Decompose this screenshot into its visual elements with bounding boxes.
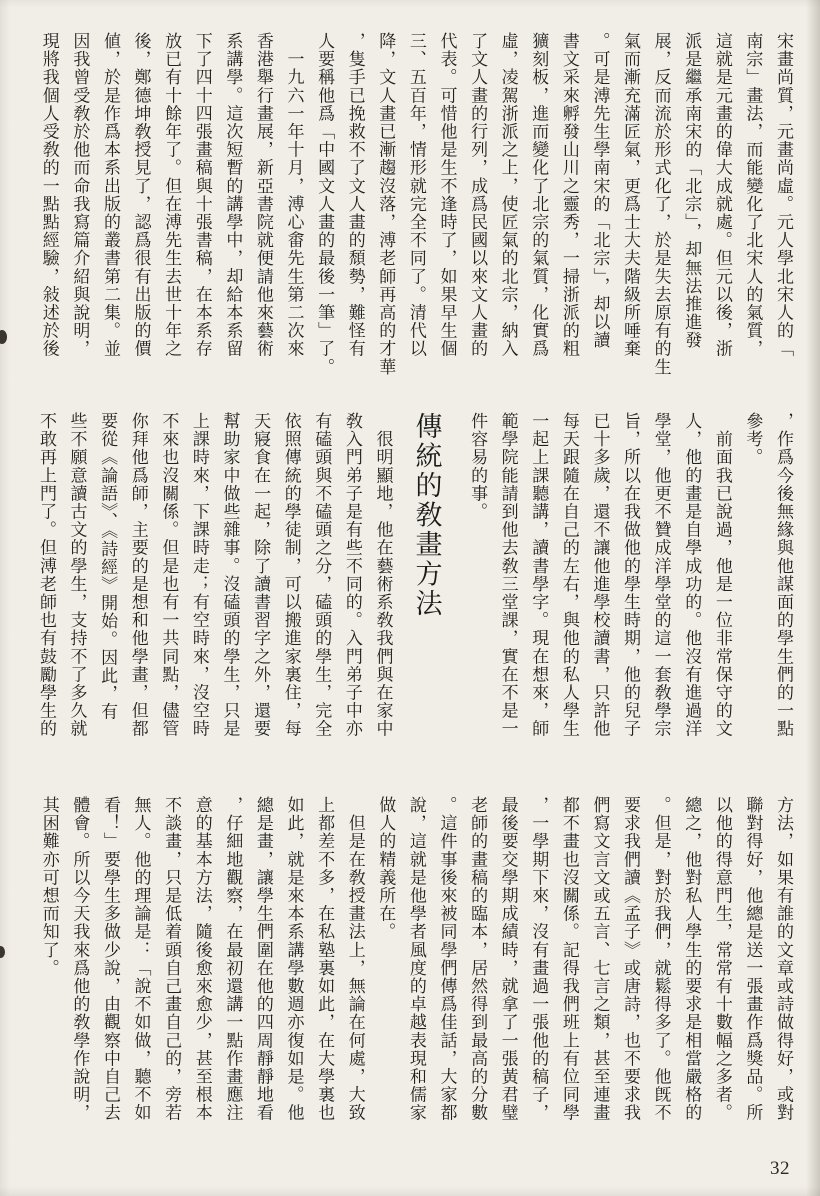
text-column: 幫助家中做些雜事。沒磕頭的學生，只是 (214, 412, 245, 762)
text-column: 因我曾受敎於他而命我寫篇介紹與說明， (64, 32, 95, 382)
scan-speck (0, 946, 5, 958)
text-column: 有磕頭與不磕頭之分，磕頭的學生，完全 (306, 412, 337, 762)
text-column: 不來也沒關係。但是也有一共同點，儘管 (153, 412, 184, 762)
text-column: 範學院能請到他去敎三堂課，實在不是一 (492, 412, 523, 762)
text-column: 天寢食在一起，除了讀書習字之外，還要 (245, 412, 276, 762)
text-column: 學堂，他更不贊成洋學堂的這一套敎學宗 (645, 412, 676, 762)
text-column: 了文人畫的行列，成爲民國以來文人畫的 (461, 32, 492, 382)
text-column: 依照傳統的學徒制，可以搬進家裏住，每 (275, 412, 306, 762)
text-column: 書文采來孵發山川之靈秀，一掃浙派的粗 (553, 32, 584, 382)
text-column: 總之，他對私人學生的要求是相當嚴格的 (676, 796, 707, 1146)
text-column: 前面我已說過，他是一位非常保守的文 (706, 412, 737, 762)
text-column: 後，鄭德坤敎授見了，認爲很有出版的價 (125, 32, 156, 382)
text-column: 但是在敎授畫法上，無論在何處，大致 (339, 796, 370, 1146)
text-column: 聯對得好，他總是送一張畫作爲獎品。所 (737, 796, 768, 1146)
text-column: 値，於是作爲本系出版的叢書第二集。並 (94, 32, 125, 382)
text-column: 很明顯地，他在藝術系敎我們與在家中 (367, 412, 398, 762)
text-column: 說，這就是他學者風度的卓越表現和儒家 (400, 796, 431, 1146)
top-text-block: 宋畫尚質，元畫尚虛。元人學北宋人的「南宗」畫法，而能變化了北宋人的氣質，這就是元… (33, 32, 798, 382)
text-column: 上都差不多，在私塾裏如此，在大學裏也 (309, 796, 340, 1146)
text-column: 做人的精義所在。 (370, 796, 401, 1146)
text-column: ，仔細地觀察，在最初還講一點作畫應注 (217, 796, 248, 1146)
text-column: 派是繼承南宋的「北宗」，却無法推進發 (676, 32, 707, 382)
text-column: 降，文人畫已漸趨沒落，溥老師再高的才華 (370, 32, 401, 382)
text-column: 最後要交學期成績時，就拿了一張黃君璧 (492, 796, 523, 1146)
text-column: 無人。他的理論是：「說不如做，聽不如 (125, 796, 156, 1146)
document-page: 宋畫尚質，元畫尚虛。元人學北宋人的「南宗」畫法，而能變化了北宋人的氣質，這就是元… (0, 0, 820, 1196)
text-column: 方法，如果有誰的文章或詩做得好，或對 (767, 796, 798, 1146)
text-column: 三、五百年，情形就完全不同了。清代以 (400, 32, 431, 382)
text-column: 上課時來，下課時走；有空時來，沒空時 (183, 412, 214, 762)
text-column: 一起上課聽講，讀書學字。現在想來，師 (523, 412, 554, 762)
text-column: 代表。可惜他是生不逢時了，如果早生個 (431, 32, 462, 382)
text-column: 件容易的事。 (461, 412, 492, 762)
text-column: 南宗」畫法，而能變化了北宋人的氣質， (737, 32, 768, 382)
text-column: 如此，就是來本系講學數週亦復如是。他 (278, 796, 309, 1146)
text-column: 下了四十四張畫稿與十張書稿，在本系存 (186, 32, 217, 382)
text-column: 體會。所以今天我來爲他的敎學作說明， (64, 796, 95, 1146)
text-column: 香港舉行畫展，新亞書院就便請他來藝術 (247, 32, 278, 382)
text-column: ，隻手已挽救不了文人畫的頹勢，難怪有 (339, 32, 370, 382)
text-column: 展，反而流於形式化了，於是失去原有的生 (645, 32, 676, 382)
text-column: 氣而漸充滿匠氣，更爲士大夫階級所唾棄 (614, 32, 645, 382)
scan-speck (0, 330, 7, 344)
text-column: 一九六一年十月，溥心畬先生第二次來 (278, 32, 309, 382)
middle-text-block: ，作爲今後無緣與他謀面的學生們的一點參考。 前面我已說過，他是一位非常保守的文人… (30, 412, 798, 762)
text-column: 你拜他爲師，主要的是想和他學畫，但都 (122, 412, 153, 762)
section-heading: 傳統的敎畫方法 (403, 412, 449, 762)
text-column: 其困難亦可想而知了。 (33, 796, 64, 1146)
text-column: 些不願意讀古文的學生，支持不了多久就 (61, 412, 92, 762)
text-column: 以他的得意門生，常常有十數幅之多者。 (706, 796, 737, 1146)
text-column: ，作爲今後無緣與他謀面的學生們的一點 (767, 412, 798, 762)
text-column: 獷刻板，進而變化了北宗的氣質，化實爲 (523, 32, 554, 382)
text-column: 虛，凌駕浙派之上，使匠氣的北宗，納入 (492, 32, 523, 382)
bottom-text-block: 方法，如果有誰的文章或詩做得好，或對聯對得好，他總是送一張畫作爲獎品。所以他的得… (33, 796, 798, 1146)
text-column: 敎入門弟子是有些不同的。入門弟子中亦 (336, 412, 367, 762)
text-column: 總是畫，讓學生們圍在他的四周靜靜地看 (247, 796, 278, 1146)
text-column: 這就是元畫的偉大成就處。但元以後，浙 (706, 32, 737, 382)
text-column: 人要稱他爲「中國文人畫的最後一筆」了。 (309, 32, 340, 382)
text-column: 不敢再上門了。但溥老師也有鼓勵學生的 (30, 412, 61, 762)
text-column: 要求我們讀《孟子》或唐詩，也不要求我 (614, 796, 645, 1146)
text-column: 不談畫，只是低着頭自己畫自己的，旁若 (156, 796, 187, 1146)
text-column: 都不畫也沒關係。記得我們班上有位同學 (553, 796, 584, 1146)
text-column: 人，他的畫是自學成功的。他沒有進過洋 (676, 412, 707, 762)
text-column: 看！」要學生多做少說，由觀察中自己去 (94, 796, 125, 1146)
page-number: 32 (770, 1158, 790, 1180)
text-column: 意的基本方法，隨後愈來愈少，甚至根本 (186, 796, 217, 1146)
text-column: 放已有十餘年了。但在溥先生去世十年之 (156, 32, 187, 382)
text-column: 已十多歲，還不讓他進學校讀書，只許他 (584, 412, 615, 762)
text-column: 們寫文言文或五言、七言之類，甚至連畫 (584, 796, 615, 1146)
text-column: 系講學。這次短暫的講學中，却給本系留 (217, 32, 248, 382)
text-column: 宋畫尚質，元畫尚虛。元人學北宋人的「 (767, 32, 798, 382)
text-column: 旨，所以在我做他的學生時期，他的兒子 (614, 412, 645, 762)
text-column: ，一學期下來，沒有畫過一張他的稿子， (523, 796, 554, 1146)
text-column: 老師的畫稿的臨本，居然得到最高的分數 (461, 796, 492, 1146)
text-column: 每天跟隨在自己的左右，與他的私人學生 (553, 412, 584, 762)
text-column: 參考。 (737, 412, 768, 762)
text-column: 現將我個人受敎的一點點經驗，敍述於後 (33, 32, 64, 382)
text-column: 。但是，對於我們，就鬆得多了。他旣不 (645, 796, 676, 1146)
text-column: 。這件事後來被同學們傳爲佳話，大家都 (431, 796, 462, 1146)
text-column: 要從《論語》、《詩經》開始。因此，有 (92, 412, 123, 762)
text-column: 。可是溥先生學南宋的「北宗」，却以讀 (584, 32, 615, 382)
